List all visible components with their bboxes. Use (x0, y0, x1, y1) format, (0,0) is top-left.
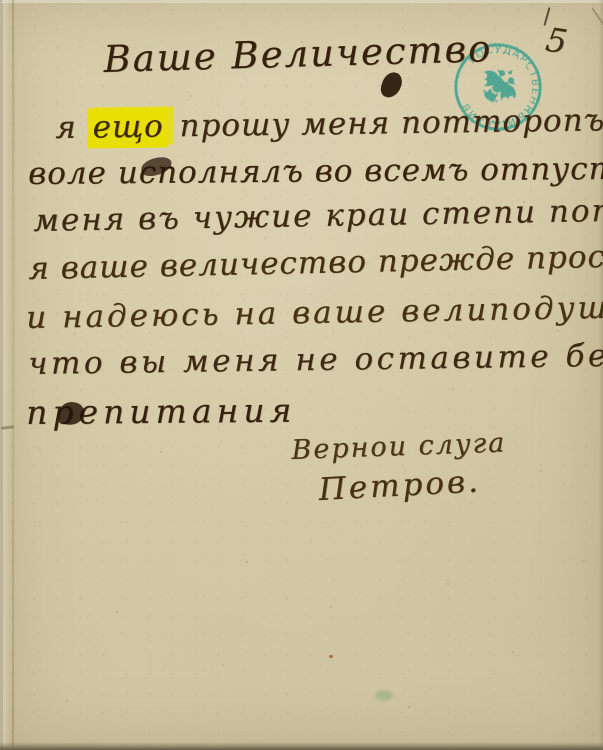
letter-line: я ваше величество прежде просилъ (28, 241, 603, 285)
page-number: 5 (543, 20, 570, 62)
line1-post-text: прошу меня потторопъ ваше (168, 101, 603, 144)
highlighted-word: ещо (87, 107, 169, 148)
signature-role: Вернои слуга (291, 430, 507, 464)
letter-line: что вы меня не оставите безъ (28, 340, 603, 380)
paper-speckles (0, 0, 2, 2)
letter-line: меня въ чужие краи степи потому (33, 195, 603, 237)
letter-line: я ещо прошу меня потторопъ ваше (55, 104, 603, 144)
vertical-crease (12, 0, 14, 750)
scanned-letter-page: 5 ГОСУДАРСТВЕННЫЙ АРХИВ (0, 0, 603, 750)
paper-top-edge (0, 0, 603, 3)
green-stain (375, 690, 393, 701)
letter-line: воле исполнялъ во всемъ отпустить (28, 153, 603, 190)
line1-pre-text: я (55, 110, 88, 146)
letter-line: и надеюсь на ваше велиподушие (26, 292, 603, 334)
letter-salutation: Ваше Величество (103, 30, 493, 78)
signature-name: Петров. (318, 467, 482, 506)
rust-speck (329, 655, 333, 658)
ink-blot (378, 70, 404, 101)
paper-bottom-edge (0, 742, 603, 750)
